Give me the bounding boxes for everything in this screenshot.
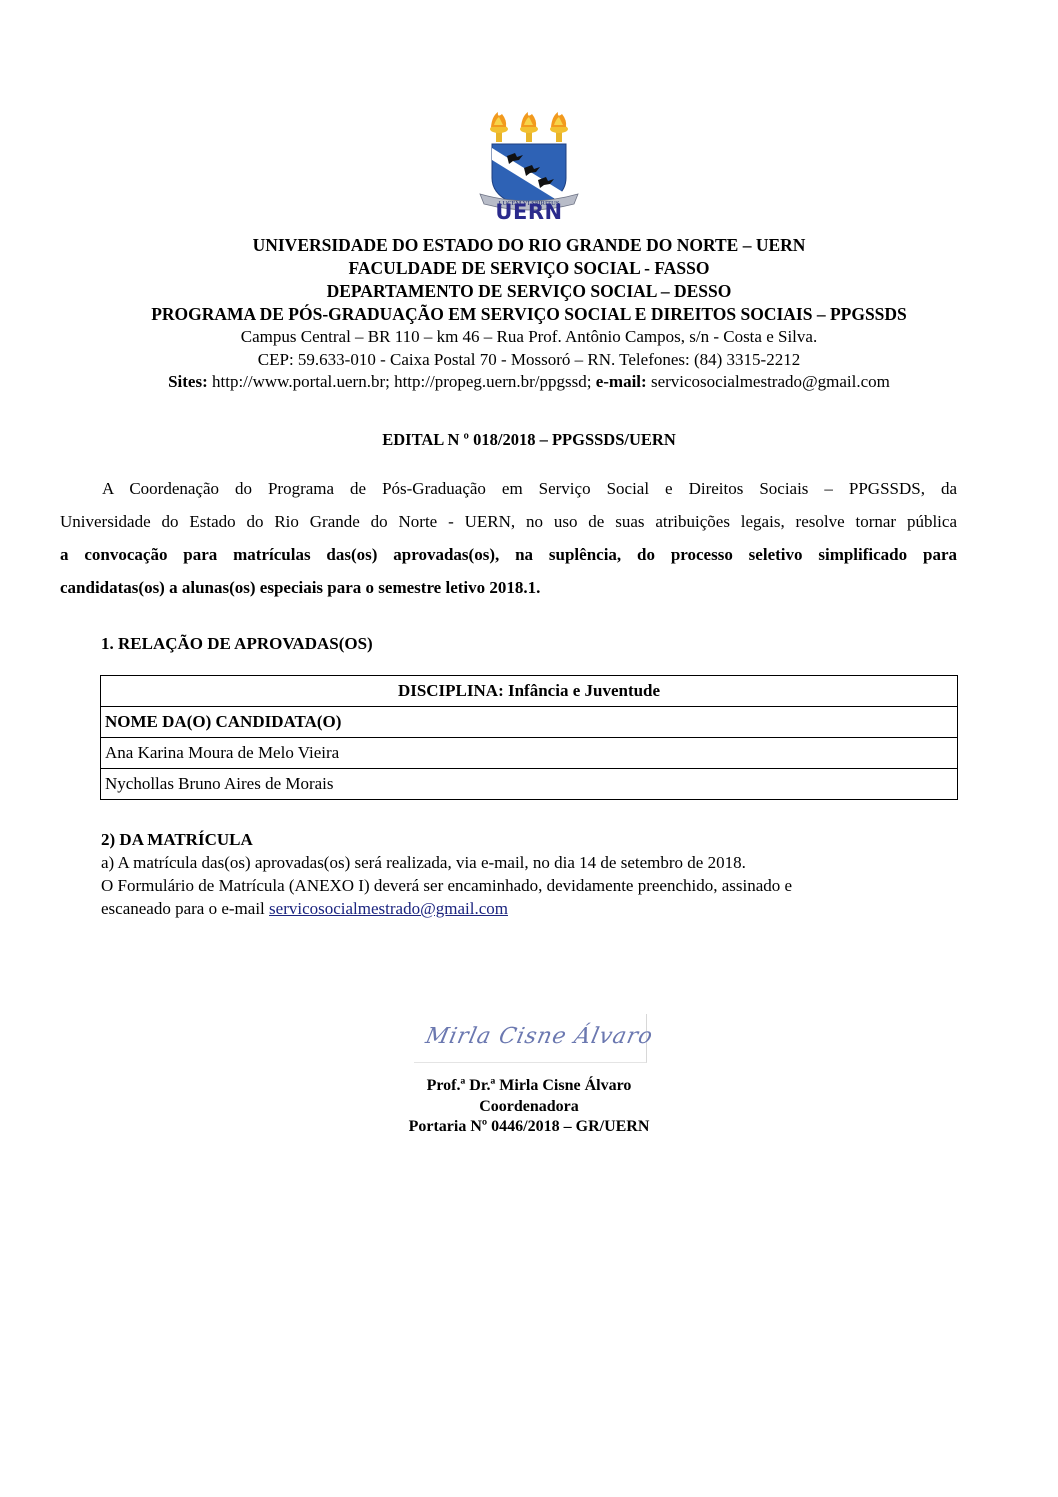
approved-candidates-table: DISCIPLINA: Infância e Juventude NOME DA… <box>100 675 958 800</box>
candidate-name: Nychollas Bruno Aires de Morais <box>101 769 958 800</box>
intro-line-3: a convocação para matrículas das(os) apr… <box>60 538 957 571</box>
signatory-portaria: Portaria Nº 0446/2018 – GR/UERN <box>0 1116 1058 1137</box>
logo-acronym: UERN <box>474 200 584 224</box>
discipline-cell: DISCIPLINA: Infância e Juventude <box>101 676 958 707</box>
email-label: e-mail: <box>596 372 647 391</box>
candidate-name: Ana Karina Moura de Melo Vieira <box>101 738 958 769</box>
discipline-label: DISCIPLINA: <box>398 681 504 700</box>
sites-label: Sites: <box>168 372 208 391</box>
address-line-1: Campus Central – BR 110 – km 46 – Rua Pr… <box>0 326 1058 348</box>
university-name: UNIVERSIDADE DO ESTADO DO RIO GRANDE DO … <box>0 234 1058 256</box>
address-line-2: CEP: 59.633-010 - Caixa Postal 70 - Moss… <box>0 349 1058 371</box>
discipline-value: Infância e Juventude <box>504 681 660 700</box>
department-name: DEPARTAMENTO DE SERVIÇO SOCIAL – DESSO <box>0 280 1058 302</box>
enrollment-line-1: a) A matrícula das(os) aprovadas(os) ser… <box>101 851 746 875</box>
handwritten-signature: Mirla Cisne Álvaro <box>414 1014 647 1063</box>
intro-line-2: Universidade do Estado do Rio Grande do … <box>60 505 957 538</box>
intro-paragraph: A Coordenação do Programa de Pós-Graduaç… <box>60 472 957 604</box>
table-header-row: NOME DA(O) CANDIDATA(O) <box>101 707 958 738</box>
uern-logo: LUCEM VI SPIRITUS UERN <box>474 108 584 223</box>
table-row: Nychollas Bruno Aires de Morais <box>101 769 958 800</box>
intro-line-4: candidatas(os) a alunas(os) especiais pa… <box>60 571 957 604</box>
contact-line: Sites: http://www.portal.uern.br; http:/… <box>0 371 1058 393</box>
email-value: servicosocialmestrado@gmail.com <box>647 372 890 391</box>
email-link[interactable]: servicosocialmestrado@gmail.com <box>269 899 508 918</box>
table-row: Ana Karina Moura de Melo Vieira <box>101 738 958 769</box>
table-discipline-row: DISCIPLINA: Infância e Juventude <box>101 676 958 707</box>
program-name: PROGRAMA DE PÓS-GRADUAÇÃO EM SERVIÇO SOC… <box>0 303 1058 325</box>
sites-value: http://www.portal.uern.br; http://propeg… <box>208 372 596 391</box>
section-2-title: 2) DA MATRÍCULA <box>101 828 253 852</box>
signatory-name: Prof.ª Dr.ª Mirla Cisne Álvaro <box>0 1075 1058 1096</box>
intro-line-1: A Coordenação do Programa de Pós-Graduaç… <box>60 472 957 505</box>
signature-script: Mirla Cisne Álvaro <box>423 1024 655 1049</box>
edital-title: EDITAL N º 018/2018 – PPGSSDS/UERN <box>0 430 1058 450</box>
faculty-name: FACULDADE DE SERVIÇO SOCIAL - FASSO <box>0 257 1058 279</box>
enrollment-line-3: escaneado para o e-mail servicosocialmes… <box>101 897 508 921</box>
signatory-role: Coordenadora <box>0 1096 1058 1117</box>
enrollment-line-2: O Formulário de Matrícula (ANEXO I) deve… <box>101 874 792 898</box>
enrollment-line-3-prefix: escaneado para o e-mail <box>101 899 269 918</box>
section-1-title: 1. RELAÇÃO DE APROVADAS(OS) <box>101 634 373 654</box>
candidate-name-header: NOME DA(O) CANDIDATA(O) <box>101 707 958 738</box>
